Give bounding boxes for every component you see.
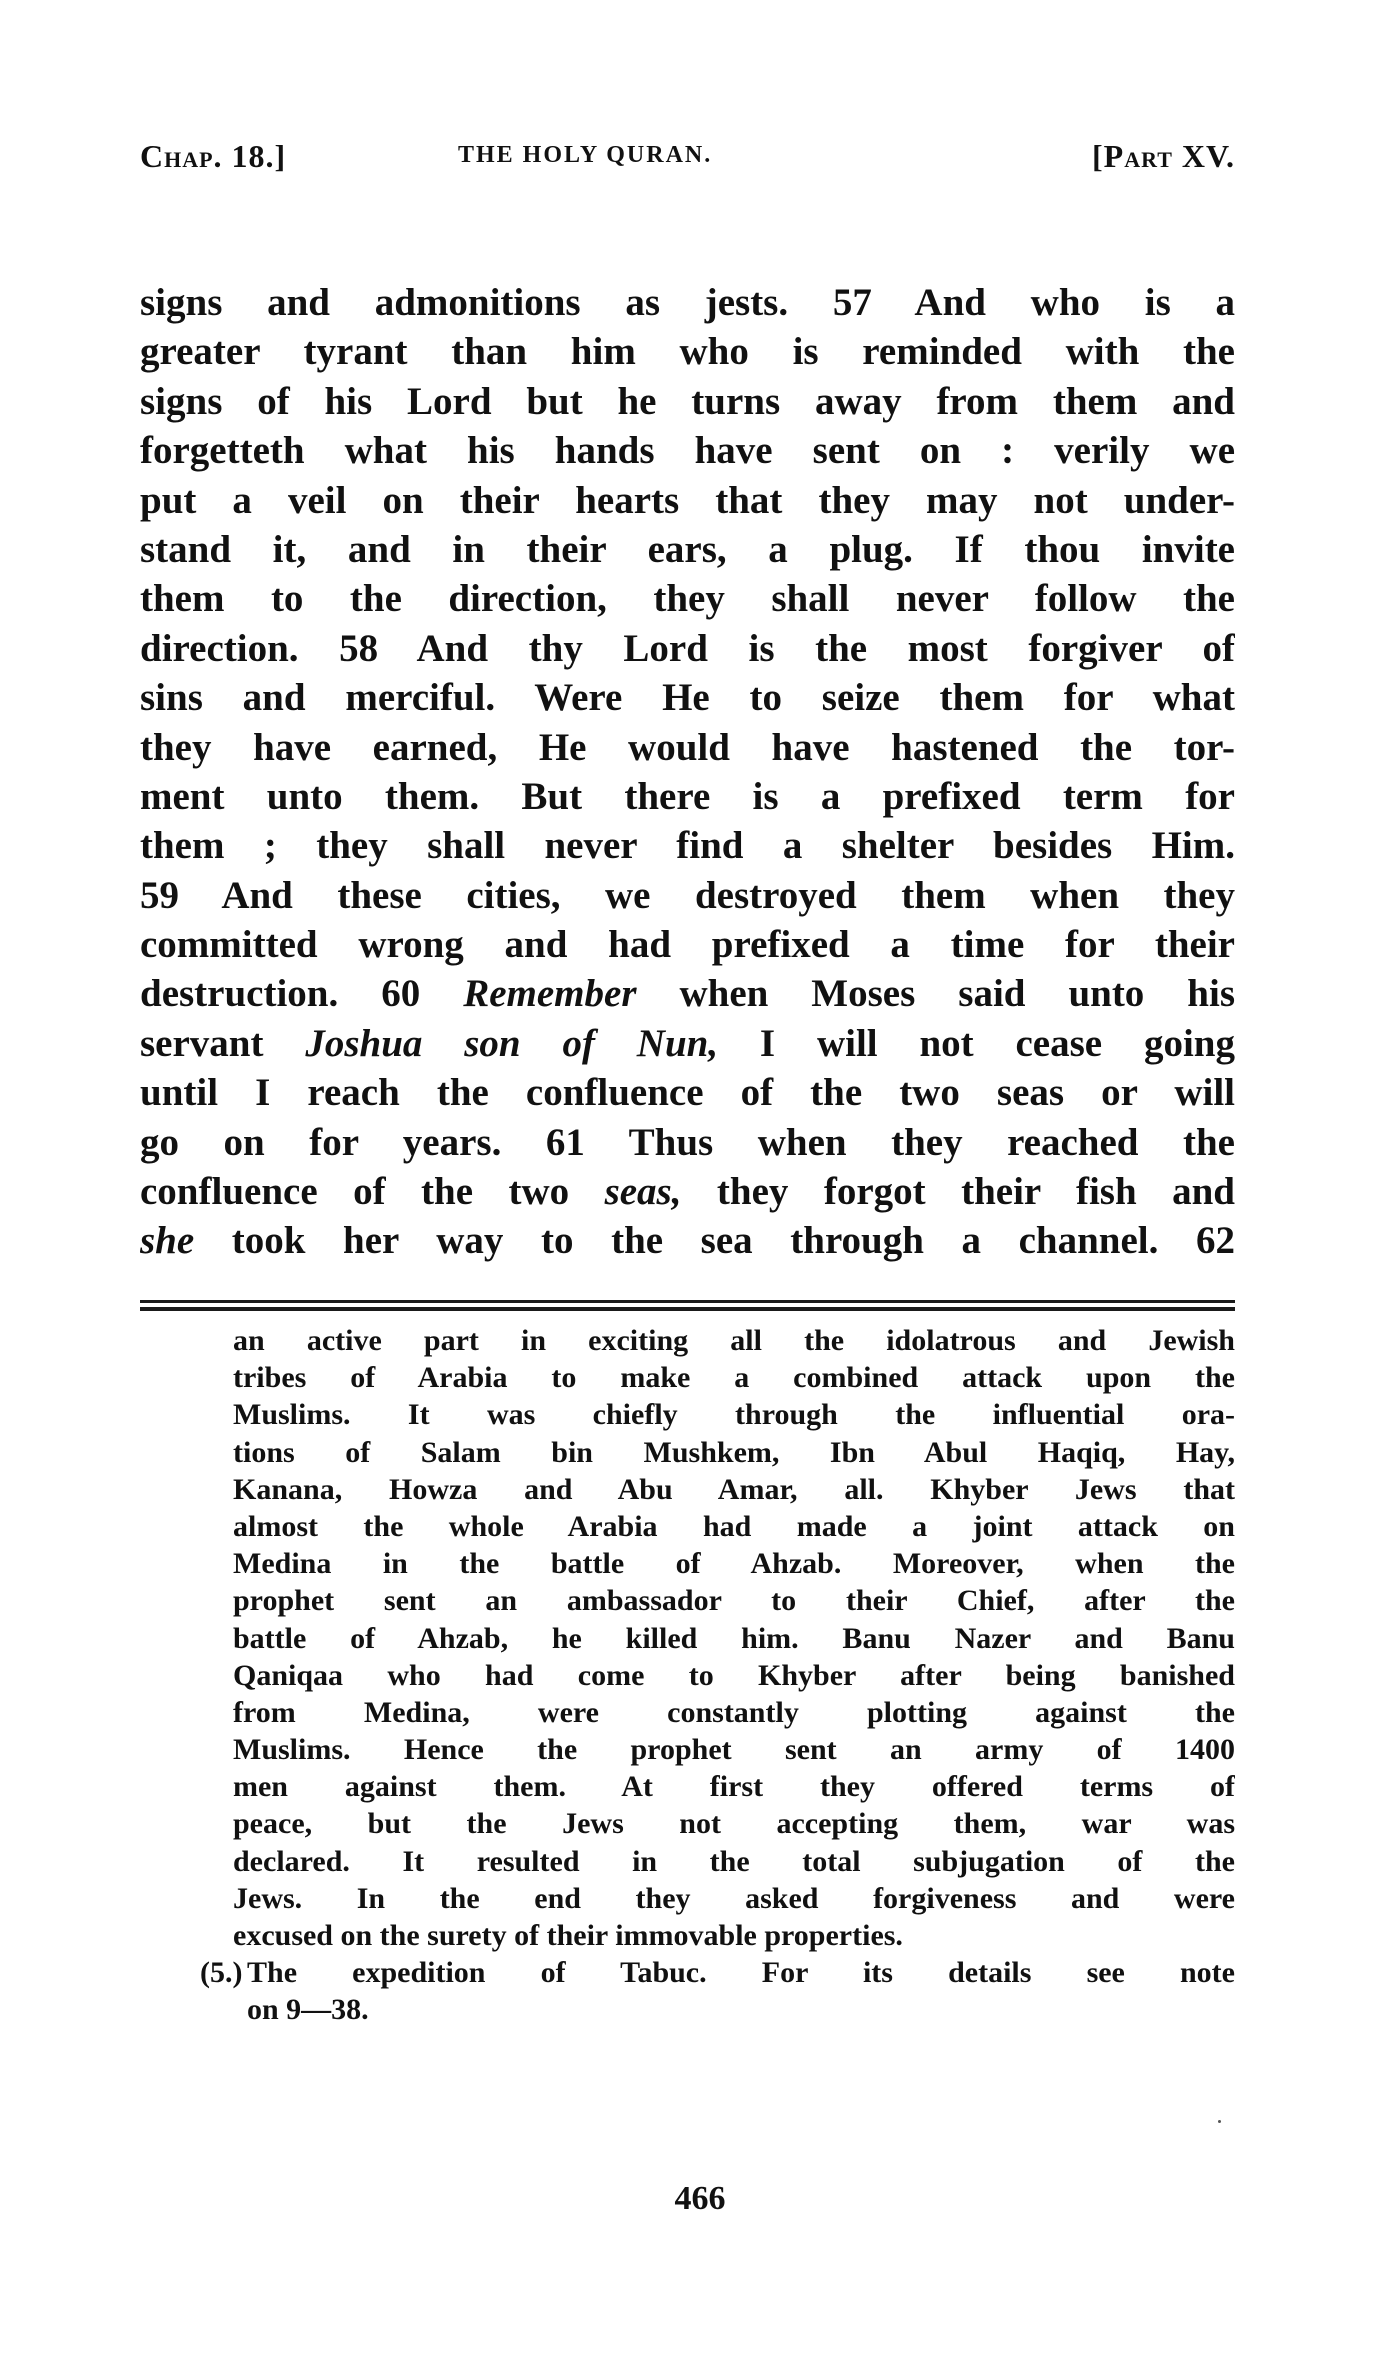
- chapter-label: Chap. 18.]: [140, 138, 286, 175]
- text-segment: destruction. 60: [140, 972, 463, 1015]
- footnote-line: peace, but the Jews not accepting them, …: [233, 1805, 1235, 1842]
- footnote-line: Qaniqaa who had come to Khyber after bei…: [233, 1657, 1235, 1694]
- text-line: destruction. 60 Remember when Moses said…: [140, 969, 1235, 1018]
- italic-segment: seas,: [605, 1170, 682, 1213]
- text-line: sins and merciful. Were He to seize them…: [140, 673, 1235, 722]
- page-number: 466: [0, 2180, 1400, 2218]
- italic-segment: Remember: [463, 972, 636, 1015]
- text-line: servant Joshua son of Nun, I will not ce…: [140, 1019, 1235, 1068]
- text-line: ment unto them. But there is a prefixed …: [140, 772, 1235, 821]
- footnote-line: battle of Ahzab, he killed him. Banu Naz…: [233, 1620, 1235, 1657]
- footnote-line: Medina in the battle of Ahzab. Moreover,…: [233, 1545, 1235, 1582]
- footnote-line: almost the whole Arabia had made a joint…: [233, 1508, 1235, 1545]
- text-line: committed wrong and had prefixed a time …: [140, 920, 1235, 969]
- book-page: Chap. 18.] THE HOLY QURAN. [Part XV. sig…: [0, 0, 1400, 2360]
- text-line: 59 And these cities, we destroyed them w…: [140, 871, 1235, 920]
- text-line: greater tyrant than him who is reminded …: [140, 327, 1235, 376]
- text-segment: when Moses said unto his: [637, 972, 1236, 1015]
- rule-line-top: [140, 1300, 1235, 1303]
- scan-speck: [1218, 2120, 1221, 2123]
- footnote-line: on 9—38.: [247, 1991, 1235, 2028]
- text-line: them to the direction, they shall never …: [140, 574, 1235, 623]
- footnote-line: Muslims. It was chiefly through the infl…: [233, 1396, 1235, 1433]
- text-line: until I reach the confluence of the two …: [140, 1068, 1235, 1117]
- footnote-item-text: The expedition of Tabuc. For its details…: [247, 1954, 1235, 2028]
- rule-line-bottom: [140, 1307, 1235, 1311]
- footnote-continued: an active part in exciting all the idola…: [233, 1322, 1235, 1954]
- text-line: she took her way to the sea through a ch…: [140, 1216, 1235, 1265]
- footnote-line: tribes of Arabia to make a combined atta…: [233, 1359, 1235, 1396]
- footnote-line: Muslims. Hence the prophet sent an army …: [233, 1731, 1235, 1768]
- footnote-line: excused on the surety of their immovable…: [233, 1917, 1235, 1954]
- text-line: put a veil on their hearts that they may…: [140, 476, 1235, 525]
- text-segment: I will not cease going: [718, 1022, 1235, 1065]
- part-label: [Part XV.: [1092, 138, 1235, 175]
- footnote-line: The expedition of Tabuc. For its details…: [247, 1954, 1235, 1991]
- footnote-number: (5.): [200, 1954, 242, 1991]
- text-line: signs of his Lord but he turns away from…: [140, 377, 1235, 426]
- text-line: signs and admonitions as jests. 57 And w…: [140, 278, 1235, 327]
- text-line: they have earned, He would have hastened…: [140, 723, 1235, 772]
- footnote-line: Jews. In the end they asked forgiveness …: [233, 1880, 1235, 1917]
- footnote-line: declared. It resulted in the total subju…: [233, 1843, 1235, 1880]
- footnote-line: Kanana, Howza and Abu Amar, all. Khyber …: [233, 1471, 1235, 1508]
- text-line: them ; they shall never find a shelter b…: [140, 821, 1235, 870]
- book-title: THE HOLY QURAN.: [458, 142, 712, 169]
- footnote-line: tions of Salam bin Mushkem, Ibn Abul Haq…: [233, 1434, 1235, 1471]
- main-text: signs and admonitions as jests. 57 And w…: [140, 278, 1235, 1266]
- running-head: Chap. 18.] THE HOLY QURAN. [Part XV.: [140, 138, 1235, 188]
- text-segment: took her way to the sea through a channe…: [194, 1219, 1235, 1262]
- text-segment: confluence of the two: [140, 1170, 605, 1213]
- text-line: confluence of the two seas, they forgot …: [140, 1167, 1235, 1216]
- text-segment: they forgot their fish and: [681, 1170, 1235, 1213]
- footnote-line: an active part in exciting all the idola…: [233, 1322, 1235, 1359]
- text-line: stand it, and in their ears, a plug. If …: [140, 525, 1235, 574]
- text-segment: servant: [140, 1022, 305, 1065]
- footnote-divider: [140, 1300, 1235, 1312]
- footnote-line: prophet sent an ambassador to their Chie…: [233, 1582, 1235, 1619]
- footnote-line: from Medina, were constantly plotting ag…: [233, 1694, 1235, 1731]
- text-line: go on for years. 61 Thus when they reach…: [140, 1118, 1235, 1167]
- text-line: forgetteth what his hands have sent on :…: [140, 426, 1235, 475]
- text-line: direction. 58 And thy Lord is the most f…: [140, 624, 1235, 673]
- italic-segment: Joshua son of Nun,: [305, 1022, 718, 1065]
- italic-segment: she: [140, 1219, 194, 1262]
- footnote-line: men against them. At first they offered …: [233, 1768, 1235, 1805]
